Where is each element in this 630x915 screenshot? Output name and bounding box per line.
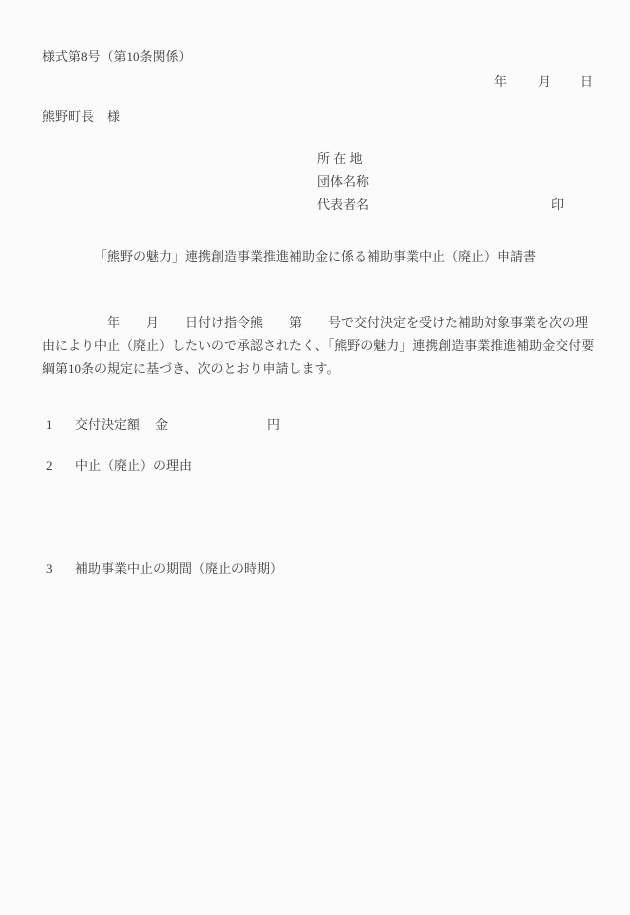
year-label: 年 [494,71,507,90]
representative-name-label: 代表者名 [317,197,369,213]
item-label: 交付決定額 [75,417,140,433]
item-label: 中止（廃止）の理由 [75,458,192,474]
addressee: 熊野町長 様 [42,109,120,125]
item-number: 1 [46,417,53,433]
item-suspension-period: 3 補助事業中止の期間（廃止の時期） [0,561,630,579]
item-number: 2 [46,458,53,474]
address-label: 所 在 地 [317,151,363,167]
body-line: 綱第10条の規定に基づき、次のとおり申請します。 [42,357,588,380]
item-number: 3 [46,561,53,577]
day-label: 日 [580,71,593,90]
body-line: 由により中止（廃止）したいので承認されたく、「熊野の魅力」連携創造事業推進補助金… [42,334,588,357]
item-grant-amount: 1 交付決定額 金 円 [0,417,630,435]
body-paragraph: 年 月 日付け指令熊 第 号で交付決定を受けた補助対象事業を次の理 由により中止… [42,311,588,380]
form-number: 様式第8号（第10条関係） [42,49,192,65]
month-label: 月 [538,71,551,90]
item-label: 補助事業中止の期間（廃止の時期） [75,561,283,577]
amount-prefix-label: 金 [155,417,168,433]
date-line: 年 月 日 [0,71,630,87]
document-title: 「熊野の魅力」連携創造事業推進補助金に係る補助事業中止（廃止）申請書 [42,249,588,265]
seal-label: 印 [551,197,564,213]
application-form-page: 様式第8号（第10条関係） 年 月 日 熊野町長 様 所 在 地 団体名称 代表… [0,0,630,915]
amount-suffix-label: 円 [267,417,280,433]
item-cancellation-reason: 2 中止（廃止）の理由 [0,458,630,476]
body-line: 年 月 日付け指令熊 第 号で交付決定を受けた補助対象事業を次の理 [42,311,588,334]
organization-name-label: 団体名称 [317,174,369,190]
